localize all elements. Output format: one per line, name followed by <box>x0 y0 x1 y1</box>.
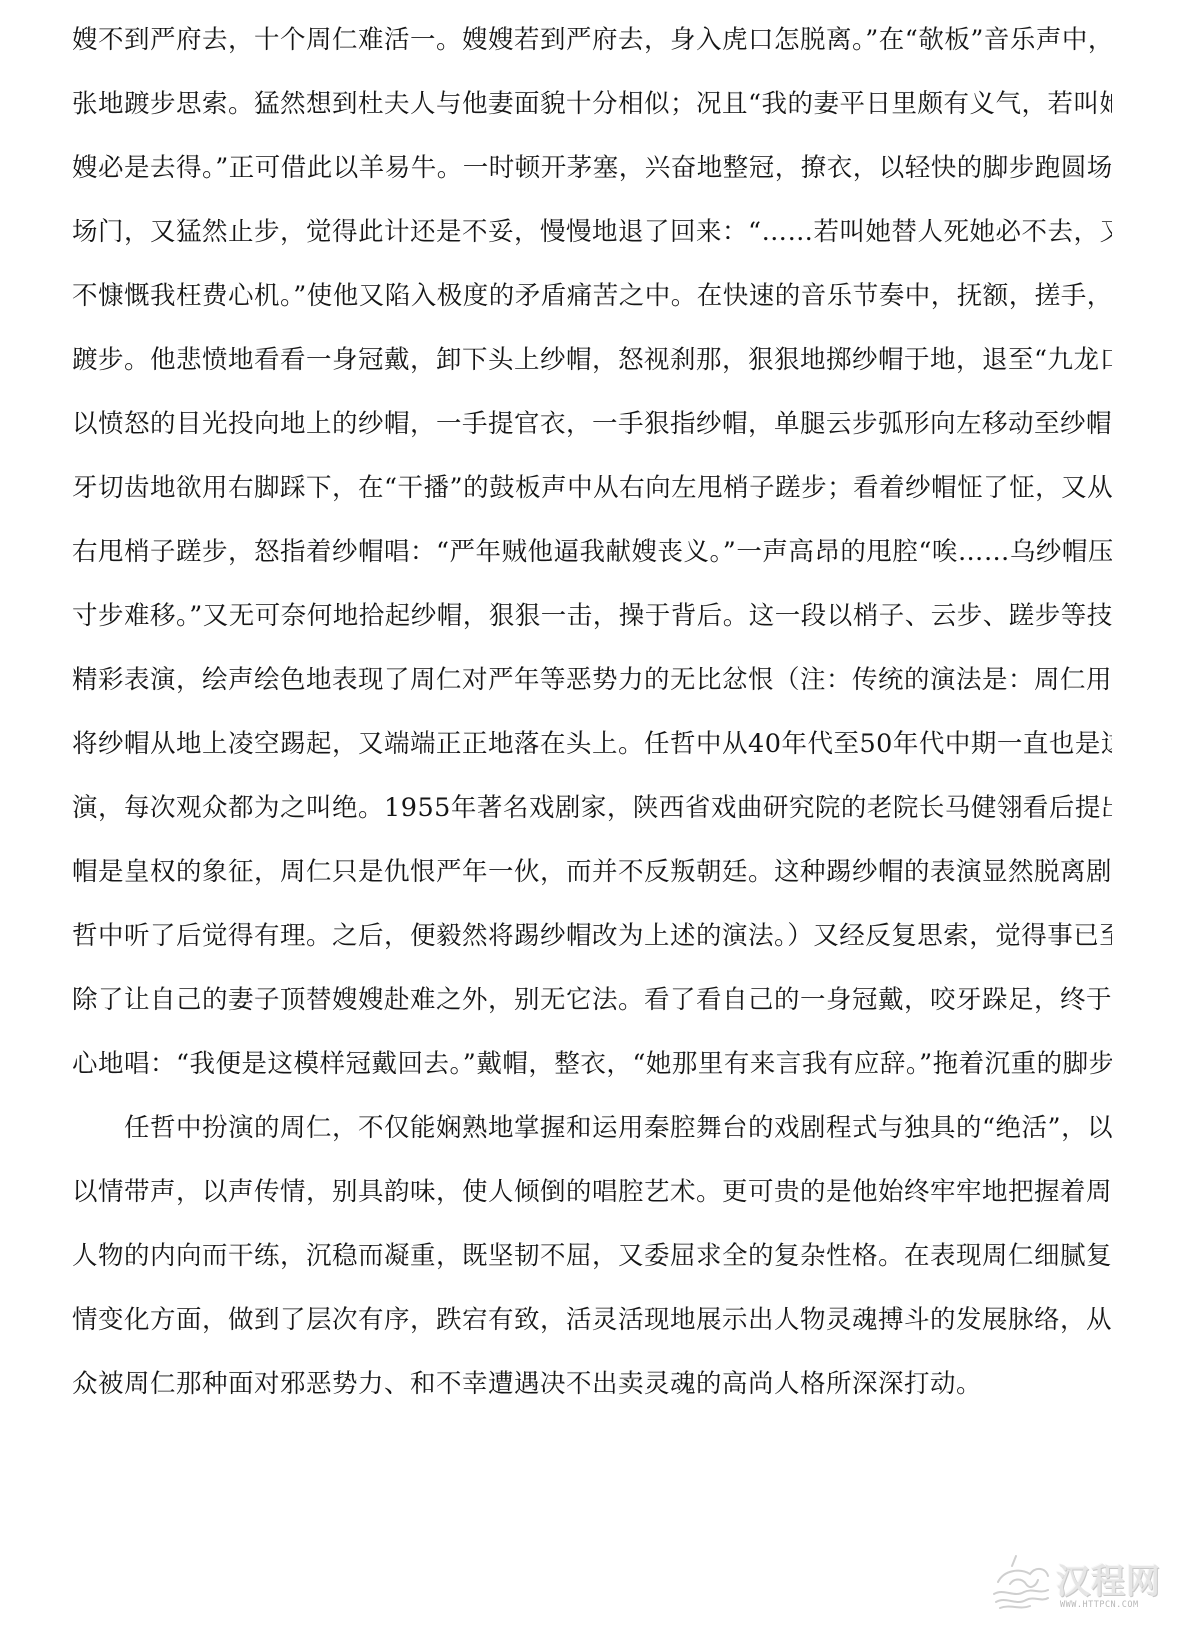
watermark-name: 汉程网 <box>1056 1554 1161 1603</box>
text-line: 演，每次观众都为之叫绝。1955年著名戏剧家，陕西省戏曲研究院的老院长马健翎看后… <box>72 788 1112 852</box>
watermark: 汉程网 WWW.HTTPCN.COM <box>990 1548 1170 1628</box>
text-line: 将纱帽从地上凌空踢起，又端端正正地落在头上。任哲中从40年代至50年代中期一直也… <box>72 724 1112 788</box>
text-line: 以愤怒的目光投向地上的纱帽，一手提官衣，一手狠指纱帽，单腿云步弧形向左移动至纱帽… <box>72 404 1112 468</box>
text-line-paragraph-end: 心地唱：“我便是这模样冠戴回去。”戴帽，整衣，“她那里有来言我有应辞。”拖着沉重… <box>72 1044 1112 1108</box>
watermark-url: WWW.HTTPCN.COM <box>1060 1600 1139 1610</box>
text-line-paragraph-end: 众被周仁那种面对邪恶势力、和不幸遭遇决不出卖灵魂的高尚人格所深深打动。 <box>72 1364 1112 1428</box>
text-line: 寸步难移。”又无可奈何地拾起纱帽，狠狠一击，操于背后。这一段以梢子、云步、蹉步等… <box>72 596 1112 660</box>
document-page: 嫂不到严府去，十个周仁难活一。嫂嫂若到严府去，身入虎口怎脱离。”在“欹板”音乐声… <box>72 20 1112 1428</box>
text-line: 以情带声，以声传情，别具韵味，使人倾倒的唱腔艺术。更可贵的是他始终牢牢地把握着周… <box>72 1172 1112 1236</box>
text-line: 嫂必是去得。”正可借此以羊易牛。一时顿开茅塞，兴奋地整冠，撩衣，以轻快的脚步跑圆… <box>72 148 1112 212</box>
wave-logo-icon <box>990 1552 1052 1612</box>
text-line: 除了让自己的妻子顶替嫂嫂赴难之外，别无它法。看了看自己的一身冠戴，咬牙跺足，终于… <box>72 980 1112 1044</box>
text-line: 人物的内向而干练，沉稳而凝重，既坚韧不屈，又委屈求全的复杂性格。在表现周仁细腻复… <box>72 1236 1112 1300</box>
text-line: 场门，又猛然止步，觉得此计还是不妥，慢慢地退了回来：“……若叫她替人死她必不去，… <box>72 212 1112 276</box>
text-line: 右甩梢子蹉步，怒指着纱帽唱：“严年贼他逼我献嫂丧义。”一声高昂的甩腔“唉……乌纱… <box>72 532 1112 596</box>
text-line: 哲中听了后觉得有理。之后，便毅然将踢纱帽改为上述的演法。）又经反复思索，觉得事已… <box>72 916 1112 980</box>
text-line-paragraph-start: 任哲中扮演的周仁，不仅能娴熟地掌握和运用秦腔舞台的戏剧程式与独具的“绝活”，以及… <box>72 1108 1112 1172</box>
text-line: 张地踱步思索。猛然想到杜夫人与他妻面貌十分相似；况且“我的妻平日里颇有义气，若叫… <box>72 84 1112 148</box>
text-line: 牙切齿地欲用右脚踩下，在“干播”的鼓板声中从右向左甩梢子蹉步；看着纱帽怔了怔，又… <box>72 468 1112 532</box>
text-line: 精彩表演，绘声绘色地表现了周仁对严年等恶势力的无比忿恨（注：传统的演法是：周仁用… <box>72 660 1112 724</box>
text-line: 踱步。他悲愤地看看一身冠戴，卸下头上纱帽，怒视刹那，狠狠地掷纱帽于地，退至“九龙… <box>72 340 1112 404</box>
text-line: 帽是皇权的象征，周仁只是仇恨严年一伙，而并不反叛朝廷。这种踢纱帽的表演显然脱离剧… <box>72 852 1112 916</box>
text-line: 嫂不到严府去，十个周仁难活一。嫂嫂若到严府去，身入虎口怎脱离。”在“欹板”音乐声… <box>72 20 1112 84</box>
text-line: 不慷慨我枉费心机。”使他又陷入极度的矛盾痛苦之中。在快速的音乐节奏中，抚额，搓手… <box>72 276 1112 340</box>
text-line: 情变化方面，做到了层次有序，跌宕有致，活灵活现地展示出人物灵魂搏斗的发展脉络，从… <box>72 1300 1112 1364</box>
